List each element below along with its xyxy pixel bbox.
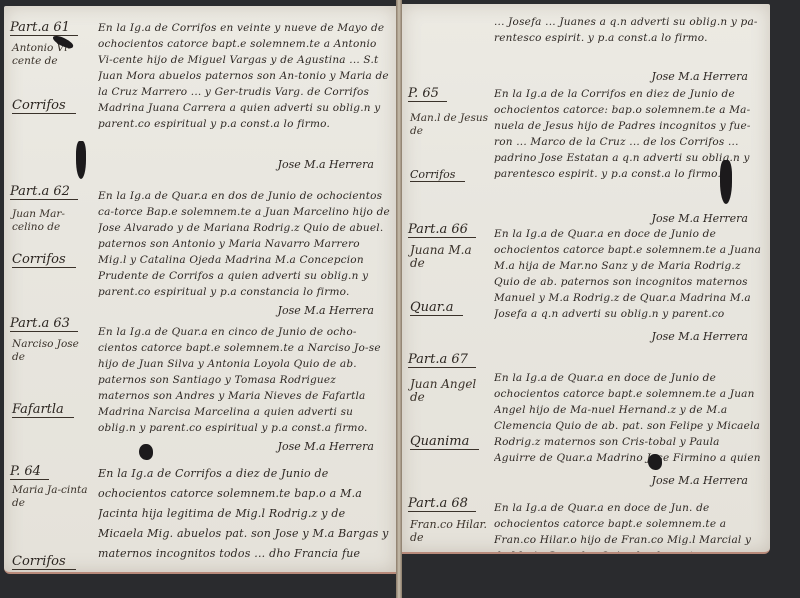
entry-parish: Quanima [410, 434, 479, 450]
entry-parish: Fafartla [12, 402, 74, 418]
right-page: ... Josefa ... Juanes a q.n adverti su o… [402, 4, 770, 554]
entry-text: En la Ig.a de Quar.a en doce de Junio de… [494, 370, 764, 468]
entry-signature: Jose M.a Herrera [278, 304, 374, 317]
entry-signature: Jose M.a Herrera [278, 158, 374, 171]
ink-blot [720, 160, 732, 204]
ink-blot [139, 444, 153, 460]
entry-parish: Corrifos [12, 252, 76, 268]
entry-number: Part.a 62 [10, 184, 78, 200]
entry-baptized-name: Man.l de Jesus de [410, 112, 490, 138]
entry-number: Part.a 66 [408, 222, 476, 238]
entry-number: Part.a 68 [408, 496, 476, 512]
entry-number: Part.a 63 [10, 316, 78, 332]
entry-text: ... Josefa ... Juanes a q.n adverti su o… [494, 14, 764, 50]
entry-text: En la Ig.a de Quar.a en doce de Jun. de … [494, 500, 764, 552]
entry-baptized-name: Fran.co Hilar. de [410, 518, 490, 544]
entry-number: P. 64 [10, 464, 49, 480]
entry-parish: Corrifos [12, 554, 76, 570]
entry-text: En la Ig.a de Corrifos a diez de Junio d… [98, 464, 390, 564]
entry-signature: Jose M.a Herrera [652, 474, 748, 487]
entry-baptized-name: Juan Angel de [410, 378, 490, 404]
entry-parish: Corrifos [410, 168, 465, 182]
entry-baptized-name: Juana M.a de [410, 244, 490, 270]
entry-baptized-name: Juan Mar-celino de [12, 208, 92, 234]
entry-number: P. 65 [408, 86, 447, 102]
entry-signature: Jose M.a Herrera [652, 70, 748, 83]
entry-signature: Jose M.a Herrera [278, 440, 374, 453]
left-page: Part.a 61 Antonio Vi-cente de Corrifos E… [4, 6, 396, 574]
entry-signature: Jose M.a Herrera [652, 330, 748, 343]
entry-text: En la Ig.a de Quar.a en doce de Junio de… [494, 226, 764, 324]
entry-baptized-name: Narciso Jose de [12, 338, 92, 364]
entry-number: Part.a 67 [408, 352, 476, 368]
entry-parish: Quar.a [410, 300, 463, 316]
entry-parish: Corrifos [12, 98, 76, 114]
entry-baptized-name: Antonio Vi-cente de [12, 42, 92, 68]
entry-text: En la Ig.a de Quar.a en cinco de Junio d… [98, 324, 390, 438]
entry-text: En la Ig.a de Corrifos en veinte y nueve… [98, 20, 390, 150]
ink-blot [76, 141, 86, 179]
manuscript-spread: Part.a 61 Antonio Vi-cente de Corrifos E… [0, 0, 800, 598]
entry-signature: Jose M.a Herrera [652, 212, 748, 225]
entry-text: En la Ig.a de Quar.a en dos de Junio de … [98, 188, 390, 300]
entry-number: Part.a 61 [10, 20, 78, 36]
entry-baptized-name: Maria Ja-cinta de [12, 484, 92, 510]
ink-blot [648, 454, 662, 470]
